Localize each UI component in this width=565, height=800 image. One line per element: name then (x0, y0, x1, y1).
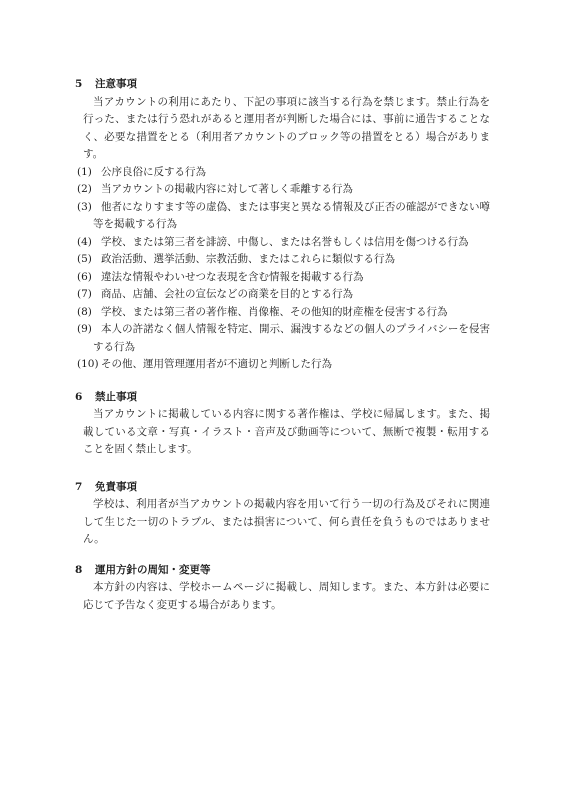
item-number: (10) (77, 356, 101, 374)
list-item: (5)政治活動、選挙活動、宗教活動、またはこれらに類似する行為 (77, 251, 490, 269)
list-item: (3)他者になりすます等の虚偽、または事実と異なる情報及び正否の確認ができない噂… (77, 199, 490, 234)
section-number: 8 (75, 562, 95, 580)
section-title: 免責事項 (95, 481, 137, 493)
section-5-heading: 5注意事項 (75, 76, 490, 94)
item-number: (5) (77, 251, 101, 269)
item-text: 商品、店舗、会社の宣伝などの商業を目的とする行為 (101, 288, 353, 300)
section-7: 7免責事項 学校は、利用者が当アカウントの掲載内容を用いて行う一切の行為及びそれ… (75, 479, 490, 549)
section-title: 注意事項 (95, 78, 137, 90)
section-number: 5 (75, 76, 95, 94)
item-number: (7) (77, 286, 101, 304)
item-number: (8) (77, 304, 101, 322)
item-text: 学校、または第三者の著作権、肖像権、その他知的財産権を侵害する行為 (101, 306, 448, 318)
list-item: (2)当アカウントの掲載内容に対して著しく乖離する行為 (77, 181, 490, 199)
list-item: (9)本人の許諾なく個人情報を特定、開示、漏洩するなどの個人のプライバシーを侵害… (77, 321, 490, 356)
item-number: (3) (77, 199, 101, 217)
list-item: (6)違法な情報やわいせつな表現を含む情報を掲載する行為 (77, 269, 490, 287)
item-text: その他、運用管理運用者が不適切と判断した行為 (101, 358, 332, 370)
item-text: 公序良俗に反する行為 (101, 166, 206, 178)
item-text: 学校、または第三者を誹謗、中傷し、または名誉もしくは信用を傷つける行為 (101, 236, 469, 248)
list-item: (10)その他、運用管理運用者が不適切と判断した行為 (77, 356, 490, 374)
list-item: (8)学校、または第三者の著作権、肖像権、その他知的財産権を侵害する行為 (77, 304, 490, 322)
item-number: (6) (77, 269, 101, 287)
section-number: 7 (75, 479, 95, 497)
item-number: (1) (77, 164, 101, 182)
section-8-heading: 8運用方針の周知・変更等 (75, 562, 490, 580)
item-text: 当アカウントの掲載内容に対して著しく乖離する行為 (101, 183, 353, 195)
section-8: 8運用方針の周知・変更等 本方針の内容は、学校ホームページに掲載し、周知します。… (75, 562, 490, 615)
item-number: (2) (77, 181, 101, 199)
document-page: 5注意事項 当アカウントの利用にあたり、下記の事項に該当する行為を禁じます。禁止… (0, 0, 565, 800)
item-number: (4) (77, 234, 101, 252)
list-item: (4)学校、または第三者を誹謗、中傷し、または名誉もしくは信用を傷つける行為 (77, 234, 490, 252)
section-6: 6禁止事項 当アカウントに掲載している内容に関する著作権は、学校に帰属します。ま… (75, 389, 490, 459)
section-paragraph: 本方針の内容は、学校ホームページに掲載し、周知します。また、本方針は必要に応じて… (83, 579, 490, 614)
item-text: 違法な情報やわいせつな表現を含む情報を掲載する行為 (101, 271, 364, 283)
item-text: 他者になりすます等の虚偽、または事実と異なる情報及び正否の確認ができない噂等を掲… (93, 201, 490, 231)
section-5: 5注意事項 当アカウントの利用にあたり、下記の事項に該当する行為を禁じます。禁止… (75, 76, 490, 374)
section-number: 6 (75, 389, 95, 407)
numbered-list: (1)公序良俗に反する行為 (2)当アカウントの掲載内容に対して著しく乖離する行… (75, 164, 490, 374)
section-paragraph: 当アカウントの利用にあたり、下記の事項に該当する行為を禁じます。禁止行為を行った… (83, 94, 490, 164)
item-text: 本人の許諾なく個人情報を特定、開示、漏洩するなどの個人のプライバシーを侵害する行… (93, 323, 490, 353)
section-6-heading: 6禁止事項 (75, 389, 490, 407)
item-number: (9) (77, 321, 101, 339)
section-paragraph: 学校は、利用者が当アカウントの掲載内容を用いて行う一切の行為及びそれに関連して生… (83, 496, 490, 549)
list-item: (7)商品、店舗、会社の宣伝などの商業を目的とする行為 (77, 286, 490, 304)
section-title: 禁止事項 (95, 391, 137, 403)
section-title: 運用方針の周知・変更等 (95, 564, 211, 576)
list-item: (1)公序良俗に反する行為 (77, 164, 490, 182)
section-paragraph: 当アカウントに掲載している内容に関する著作権は、学校に帰属します。また、掲載して… (83, 406, 490, 459)
section-7-heading: 7免責事項 (75, 479, 490, 497)
item-text: 政治活動、選挙活動、宗教活動、またはこれらに類似する行為 (101, 253, 395, 265)
